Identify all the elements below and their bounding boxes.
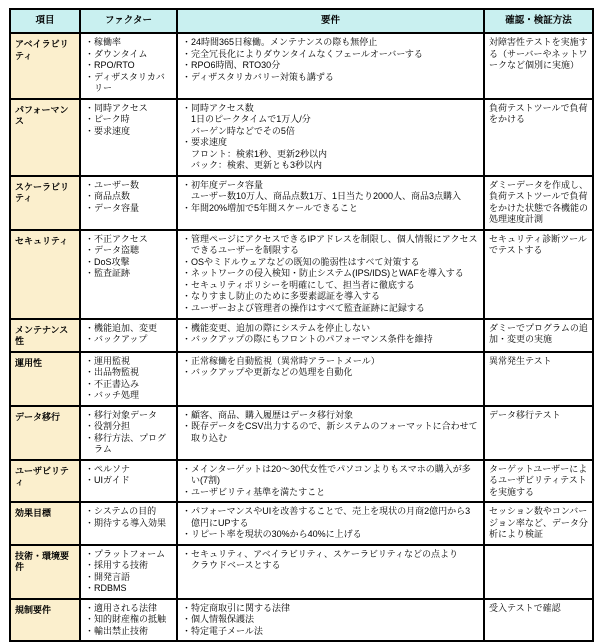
factor-cell: ・ユーザー数・商品点数・データ容量: [80, 176, 177, 230]
factor-line: ・開発言語: [85, 572, 172, 584]
requirement-cell: ・機能変更、追加の際にシステムを停止しない・バックアップの際にもフロントのパフォ…: [177, 319, 484, 352]
requirement-subline: バーゲン時などでその5倍: [182, 126, 479, 138]
requirement-subline: ユーザー数10万人、商品点数1万、1日当たり2000人、商品3点購入: [182, 191, 479, 203]
factor-line: ・システムの目的: [85, 506, 172, 518]
requirement-line: ・個人情報保護法: [182, 614, 479, 626]
factor-line: ・適用される法律: [85, 603, 172, 615]
factor-cell: ・機能追加、変更・バックアップ: [80, 319, 177, 352]
table-row: データ移行・移行対象データ・役割分担・移行方法、プログラム・顧客、商品、購入履歴…: [10, 406, 593, 460]
requirement-line: ・パフォーマンスやUIを改善することで、売上を現状の月商2億円から3億円にUPす…: [182, 506, 479, 529]
requirement-subline: 1日のピークタイムで1万人/分: [182, 114, 479, 126]
factor-line: ・RDBMS: [85, 583, 172, 595]
factor-line: ・ダウンタイム: [85, 49, 172, 61]
requirement-line: ・RPO6時間、RTO30分: [182, 60, 479, 72]
requirement-line: ・24時間365日稼働。メンテナンスの際も無停止: [182, 37, 479, 49]
verification-cell: 受入テストで確認: [484, 599, 593, 642]
requirement-cell: ・特定商取引に関する法律・個人情報保護法・特定電子メール法: [177, 599, 484, 642]
requirement-line: ・要求速度: [182, 137, 479, 149]
verification-cell: セッション数やコンバージョン率など、データ分析により検証: [484, 502, 593, 545]
table-row: 規制要件・適用される法律・知的財産権の抵触・輸出禁止技術・特定商取引に関する法律…: [10, 599, 593, 642]
factor-line: ・監査証跡: [85, 268, 172, 280]
factor-cell: ・同時アクセス・ピーク時・要求速度: [80, 99, 177, 176]
requirement-cell: ・正常稼働を自動監視（異常時アラートメール）・バックアップや更新などの処理を自動…: [177, 352, 484, 406]
item-cell: セキュリティ: [10, 230, 80, 319]
requirement-subline: バック：検索、更新とも3秒以内: [182, 160, 479, 172]
requirement-cell: ・メインターゲットは20～30代女性でパソコンよりもスマホの購入が多い(7割)・…: [177, 460, 484, 503]
factor-cell: ・プラットフォーム・採用する技術・開発言語・RDBMS: [80, 545, 177, 599]
factor-line: ・期待する導入効果: [85, 518, 172, 530]
factor-line: ・稼働率: [85, 37, 172, 49]
requirement-line: ・同時アクセス数: [182, 103, 479, 115]
factor-line: ・運用監視: [85, 356, 172, 368]
requirement-line: ・既存データをCSV出力するので、新システムのフォーマットに合わせて取り込む: [182, 421, 479, 444]
header-cell-3: 確認・検証方法: [484, 9, 593, 33]
item-cell: メンテナンス性: [10, 319, 80, 352]
requirement-line: ・初年度データ容量: [182, 180, 479, 192]
factor-line: ・輸出禁止技術: [85, 626, 172, 638]
factor-line: ・UIガイド: [85, 475, 172, 487]
requirement-line: ・OSやミドルウェアなどの既知の脆弱性はすべて対策する: [182, 257, 479, 269]
verification-cell: 対障害性テストを実施する（サーバーやネットワークなど個別に実施）: [484, 33, 593, 99]
requirement-cell: ・初年度データ容量ユーザー数10万人、商品点数1万、1日当たり2000人、商品3…: [177, 176, 484, 230]
requirement-line: ・バックアップの際にもフロントのパフォーマンス条件を維持: [182, 334, 479, 346]
item-cell: パフォーマンス: [10, 99, 80, 176]
requirement-line: ・機能変更、追加の際にシステムを停止しない: [182, 323, 479, 335]
item-cell: スケーラビリティ: [10, 176, 80, 230]
factor-line: ・不正アクセス: [85, 234, 172, 246]
verification-cell: ダミーでプログラムの追加・変更の実施: [484, 319, 593, 352]
factor-line: ・RPO/RTO: [85, 60, 172, 72]
factor-cell: ・システムの目的・期待する導入効果: [80, 502, 177, 545]
factor-line: ・役割分担: [85, 421, 172, 433]
header-row: 項目ファクター要件確認・検証方法: [10, 9, 593, 33]
requirement-line: ・年間20%増加で5年間スケールできること: [182, 203, 479, 215]
verification-cell: [484, 545, 593, 599]
factor-line: ・同時アクセス: [85, 103, 172, 115]
requirement-line: ・特定商取引に関する法律: [182, 603, 479, 615]
factor-cell: ・不正アクセス・データ盗聴・DoS攻撃・監査証跡: [80, 230, 177, 319]
factor-line: ・DoS攻撃: [85, 257, 172, 269]
table-row: アベイラビリティ・稼働率・ダウンタイム・RPO/RTO・ディザスタリカバリー・2…: [10, 33, 593, 99]
requirement-line: ・顧客、商品、購入履歴はデータ移行対象: [182, 410, 479, 422]
verification-cell: データ移行テスト: [484, 406, 593, 460]
table-row: スケーラビリティ・ユーザー数・商品点数・データ容量・初年度データ容量ユーザー数1…: [10, 176, 593, 230]
factor-line: ・データ盗聴: [85, 245, 172, 257]
factor-line: ・不正書込み: [85, 379, 172, 391]
factor-line: ・データ容量: [85, 203, 172, 215]
verification-cell: ターゲットユーザーによるユーザビリティテストを実施する: [484, 460, 593, 503]
requirement-cell: ・同時アクセス数1日のピークタイムで1万人/分バーゲン時などでその5倍・要求速度…: [177, 99, 484, 176]
table-header-row: 項目ファクター要件確認・検証方法: [10, 9, 593, 33]
factor-line: ・ディザスタリカバリー: [85, 72, 172, 95]
verification-cell: ダミーデータを作成し、負荷テストツールで負荷をかけた状態で各機能の処理速度計測: [484, 176, 593, 230]
requirement-cell: ・セキュリティ、アベイラビリティ、スケーラビリティなどの点よりクラウドベースとす…: [177, 545, 484, 599]
item-cell: 技術・環境要件: [10, 545, 80, 599]
item-cell: 運用性: [10, 352, 80, 406]
requirement-line: ・セキュリティ、アベイラビリティ、スケーラビリティなどの点より: [182, 549, 479, 561]
requirement-line: ・ネットワークの侵入検知・防止システム(IPS/IDS)とWAFを導入する: [182, 268, 479, 280]
factor-line: ・バックアップ: [85, 334, 172, 346]
table-row: 技術・環境要件・プラットフォーム・採用する技術・開発言語・RDBMS・セキュリテ…: [10, 545, 593, 599]
requirement-cell: ・パフォーマンスやUIを改善することで、売上を現状の月商2億円から3億円にUPす…: [177, 502, 484, 545]
requirements-table: 項目ファクター要件確認・検証方法 アベイラビリティ・稼働率・ダウンタイム・RPO…: [9, 8, 594, 642]
requirement-cell: ・顧客、商品、購入履歴はデータ移行対象・既存データをCSV出力するので、新システ…: [177, 406, 484, 460]
factor-cell: ・稼働率・ダウンタイム・RPO/RTO・ディザスタリカバリー: [80, 33, 177, 99]
requirement-line: ・完全冗長化によりダウンタイムなくフェールオーバーする: [182, 49, 479, 61]
item-cell: データ移行: [10, 406, 80, 460]
verification-cell: 異常発生テスト: [484, 352, 593, 406]
factor-line: ・商品点数: [85, 191, 172, 203]
factor-line: ・機能追加、変更: [85, 323, 172, 335]
requirement-cell: ・24時間365日稼働。メンテナンスの際も無停止・完全冗長化によりダウンタイムな…: [177, 33, 484, 99]
factor-line: ・出品物監視: [85, 367, 172, 379]
table-body: アベイラビリティ・稼働率・ダウンタイム・RPO/RTO・ディザスタリカバリー・2…: [10, 33, 593, 641]
table-row: 効果目標・システムの目的・期待する導入効果・パフォーマンスやUIを改善することで…: [10, 502, 593, 545]
table-row: メンテナンス性・機能追加、変更・バックアップ・機能変更、追加の際にシステムを停止…: [10, 319, 593, 352]
requirement-line: ・なりすまし防止のために多要素認証を導入する: [182, 291, 479, 303]
requirement-line: ・ユーザーおよび管理者の操作はすべて監査証跡に記録する: [182, 303, 479, 315]
factor-line: ・要求速度: [85, 126, 172, 138]
requirement-line: ・管理ページにアクセスできるIPアドレスを制限し、個人情報にアクセスできるユーザ…: [182, 234, 479, 257]
item-cell: アベイラビリティ: [10, 33, 80, 99]
factor-line: ・プラットフォーム: [85, 549, 172, 561]
table-row: セキュリティ・不正アクセス・データ盗聴・DoS攻撃・監査証跡・管理ページにアクセ…: [10, 230, 593, 319]
factor-line: ・ピーク時: [85, 114, 172, 126]
factor-line: ・採用する技術: [85, 560, 172, 572]
table-row: パフォーマンス・同時アクセス・ピーク時・要求速度・同時アクセス数1日のピークタイ…: [10, 99, 593, 176]
requirement-line: ・ユーザビリティ基準を満たすこと: [182, 487, 479, 499]
factor-cell: ・ペルソナ・UIガイド: [80, 460, 177, 503]
requirement-line: ・バックアップや更新などの処理を自動化: [182, 367, 479, 379]
item-cell: ユーザビリティ: [10, 460, 80, 503]
header-cell-2: 要件: [177, 9, 484, 33]
requirement-subline: クラウドベースとする: [182, 560, 479, 572]
factor-line: ・移行方法、プログラム: [85, 433, 172, 456]
requirement-subline: フロント：検索1秒、更新2秒以内: [182, 149, 479, 161]
factor-cell: ・移行対象データ・役割分担・移行方法、プログラム: [80, 406, 177, 460]
requirement-line: ・リピート率を現状の30%から40%に上げる: [182, 529, 479, 541]
factor-line: ・ユーザー数: [85, 180, 172, 192]
factor-cell: ・運用監視・出品物監視・不正書込み・バッチ処理: [80, 352, 177, 406]
factor-cell: ・適用される法律・知的財産権の抵触・輸出禁止技術: [80, 599, 177, 642]
table-row: 運用性・運用監視・出品物監視・不正書込み・バッチ処理・正常稼働を自動監視（異常時…: [10, 352, 593, 406]
factor-line: ・移行対象データ: [85, 410, 172, 422]
item-cell: 効果目標: [10, 502, 80, 545]
factor-line: ・知的財産権の抵触: [85, 614, 172, 626]
requirement-line: ・セキュリティポリシーを明確にして、担当者に徹底する: [182, 280, 479, 292]
verification-cell: 負荷テストツールで負荷をかける: [484, 99, 593, 176]
requirement-line: ・正常稼働を自動監視（異常時アラートメール）: [182, 356, 479, 368]
factor-line: ・バッチ処理: [85, 390, 172, 402]
table-row: ユーザビリティ・ペルソナ・UIガイド・メインターゲットは20～30代女性でパソコ…: [10, 460, 593, 503]
requirement-line: ・ディザスタリカバリー対策も講ずる: [182, 72, 479, 84]
header-cell-0: 項目: [10, 9, 80, 33]
verification-cell: セキュリティ診断ツールでテストする: [484, 230, 593, 319]
header-cell-1: ファクター: [80, 9, 177, 33]
requirement-cell: ・管理ページにアクセスできるIPアドレスを制限し、個人情報にアクセスできるユーザ…: [177, 230, 484, 319]
requirement-line: ・メインターゲットは20～30代女性でパソコンよりもスマホの購入が多い(7割): [182, 464, 479, 487]
factor-line: ・ペルソナ: [85, 464, 172, 476]
requirement-line: ・特定電子メール法: [182, 626, 479, 638]
item-cell: 規制要件: [10, 599, 80, 642]
